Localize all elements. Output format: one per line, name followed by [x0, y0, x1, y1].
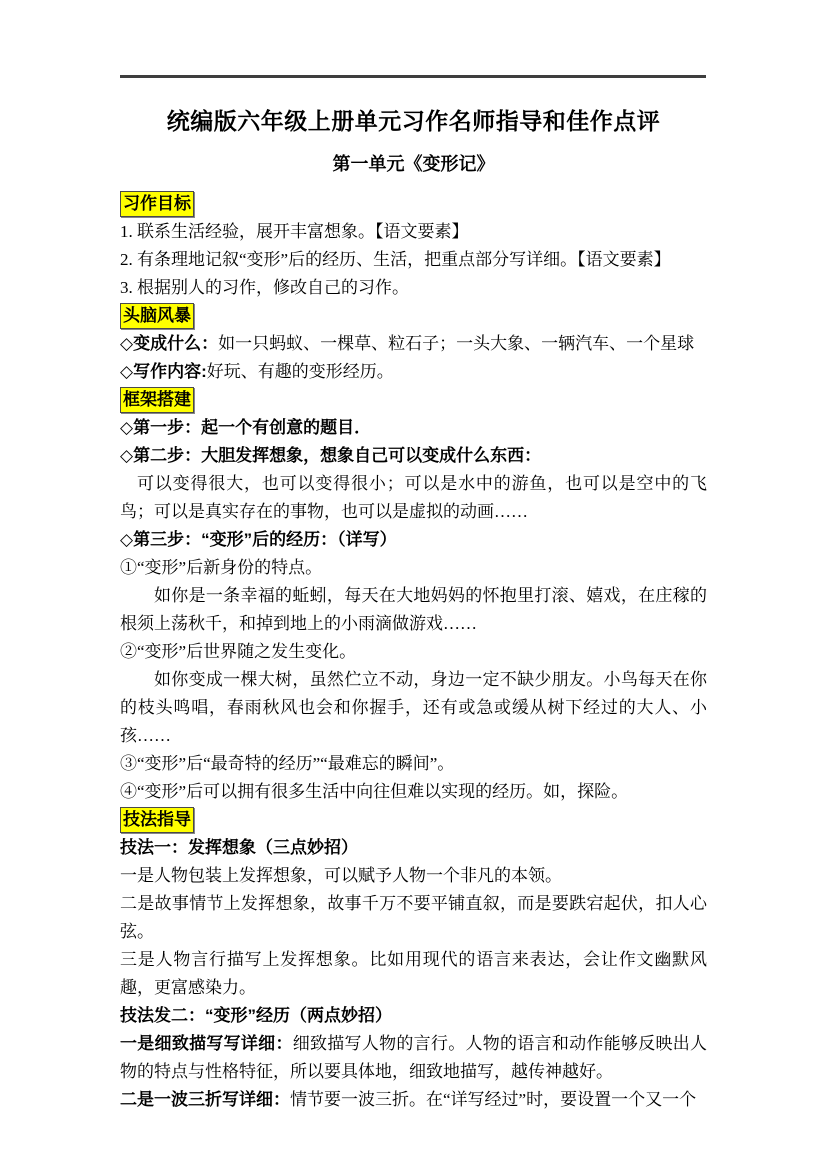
paragraph: ◇第三步：“变形”后的经历：（详写） [120, 526, 707, 554]
highlighted-heading-label: 框架搭建 [120, 387, 194, 413]
paragraph: ④“变形”后可以拥有很多生活中向往但难以实现的经历。如，探险。 [120, 778, 707, 806]
bold-text-run: ◇写作内容: [120, 362, 207, 381]
paragraph: ◇第一步：起一个有创意的题目． [120, 414, 707, 442]
text-run: 三是人物言行描写上发挥想象。比如用现代的语言来表达，会让作文幽默风趣，更富感染力… [120, 950, 707, 997]
paragraph: 如你是一条幸福的蚯蚓，每天在大地妈妈的怀抱里打滚、嬉戏，在庄稼的根须上荡秋千，和… [120, 582, 707, 638]
text-run: 二是故事情节上发挥想象，故事千万不要平铺直叙，而是要跌宕起伏，扣人心弦。 [120, 894, 707, 941]
bold-text-run: 技法一：发挥想象（三点妙招） [120, 838, 358, 857]
text-run: 1. 联系生活经验，展开丰富想象。【语文要素】 [120, 222, 469, 241]
highlighted-heading-label: 习作目标 [120, 191, 194, 217]
paragraph: 1. 联系生活经验，展开丰富想象。【语文要素】 [120, 218, 707, 246]
text-run: 2. 有条理地记叙“变形”后的经历、生活，把重点部分写详细。【语文要素】 [120, 250, 671, 269]
paragraph: 一是细致描写写详细：细致描写人物的言行。人物的语言和动作能够反映出人物的特点与性… [120, 1030, 707, 1086]
paragraph: ◇第二步：大胆发挥想象，想象自己可以变成什么东西： [120, 442, 707, 470]
text-run: ③“变形”后“最奇特的经历”“最难忘的瞬间”。 [120, 754, 454, 773]
bold-text-run: ◇第三步：“变形”后的经历：（详写） [120, 530, 397, 549]
paragraph: 3. 根据别人的习作，修改自己的习作。 [120, 274, 707, 302]
document-content: 统编版六年级上册单元习作名师指导和佳作点评 第一单元《变形记》 习作目标1. 联… [120, 78, 707, 1114]
text-run: 3. 根据别人的习作，修改自己的习作。 [120, 278, 409, 297]
paragraph: ②“变形”后世界随之发生变化。 [120, 638, 707, 666]
paragraph: 2. 有条理地记叙“变形”后的经历、生活，把重点部分写详细。【语文要素】 [120, 246, 707, 274]
document-body: 习作目标1. 联系生活经验，展开丰富想象。【语文要素】2. 有条理地记叙“变形”… [120, 190, 707, 1114]
bold-text-run: 二是一波三折写详细： [120, 1090, 290, 1109]
paragraph: 技法发二：“变形”经历（两点妙招） [120, 1002, 707, 1030]
paragraph: 二是一波三折写详细：情节要一波三折。在“详写经过”时，要设置一个又一个 [120, 1086, 707, 1114]
page-title: 统编版六年级上册单元习作名师指导和佳作点评 [120, 104, 707, 138]
text-run: 可以变得很大，也可以变得很小；可以是水中的游鱼，也可以是空中的飞鸟；可以是真实存… [120, 474, 707, 521]
text-run: 如你是一条幸福的蚯蚓，每天在大地妈妈的怀抱里打滚、嬉戏，在庄稼的根须上荡秋千，和… [120, 586, 707, 633]
paragraph: ③“变形”后“最奇特的经历”“最难忘的瞬间”。 [120, 750, 707, 778]
highlighted-heading-label: 头脑风暴 [120, 303, 194, 329]
unit-subtitle: 第一单元《变形记》 [120, 150, 707, 178]
paragraph: ①“变形”后新身份的特点。 [120, 554, 707, 582]
text-run: 如你变成一棵大树，虽然伫立不动，身边一定不缺少朋友。小鸟每天在你的枝头鸣唱，春雨… [120, 670, 707, 745]
paragraph: 一是人物包装上发挥想象，可以赋予人物一个非凡的本领。 [120, 862, 707, 890]
highlighted-heading-label: 技法指导 [120, 807, 194, 833]
section-heading: 框架搭建 [120, 386, 707, 414]
bold-text-run: ◇第一步：起一个有创意的题目． [120, 418, 371, 437]
paragraph: 三是人物言行描写上发挥想象。比如用现代的语言来表达，会让作文幽默风趣，更富感染力… [120, 946, 707, 1002]
text-run: ④“变形”后可以拥有很多生活中向往但难以实现的经历。如，探险。 [120, 782, 628, 801]
paragraph: 技法一：发挥想象（三点妙招） [120, 834, 707, 862]
paragraph: ◇变成什么：如一只蚂蚁、一棵草、粒石子；一头大象、一辆汽车、一个星球 [120, 330, 707, 358]
text-run: 好玩、有趣的变形经历。 [207, 362, 394, 381]
section-heading: 头脑风暴 [120, 302, 707, 330]
text-run: ①“变形”后新身份的特点。 [120, 558, 322, 577]
bold-text-run: ◇变成什么： [120, 334, 218, 353]
bold-text-run: 技法发二：“变形”经历（两点妙招） [120, 1006, 392, 1025]
paragraph: 二是故事情节上发挥想象，故事千万不要平铺直叙，而是要跌宕起伏，扣人心弦。 [120, 890, 707, 946]
text-run: 情节要一波三折。在“详写经过”时，要设置一个又一个 [290, 1090, 696, 1109]
paragraph: 可以变得很大，也可以变得很小；可以是水中的游鱼，也可以是空中的飞鸟；可以是真实存… [120, 470, 707, 526]
document-page: 统编版六年级上册单元习作名师指导和佳作点评 第一单元《变形记》 习作目标1. 联… [0, 0, 827, 1169]
bold-text-run: 一是细致描写写详细： [120, 1034, 293, 1053]
bold-text-run: ◇第二步：大胆发挥想象，想象自己可以变成什么东西： [120, 446, 541, 465]
section-heading: 技法指导 [120, 806, 707, 834]
text-run: 一是人物包装上发挥想象，可以赋予人物一个非凡的本领。 [120, 866, 562, 885]
paragraph: ◇写作内容:好玩、有趣的变形经历。 [120, 358, 707, 386]
section-heading: 习作目标 [120, 190, 707, 218]
text-run: 如一只蚂蚁、一棵草、粒石子；一头大象、一辆汽车、一个星球 [218, 334, 694, 353]
text-run: ②“变形”后世界随之发生变化。 [120, 642, 356, 661]
paragraph: 如你变成一棵大树，虽然伫立不动，身边一定不缺少朋友。小鸟每天在你的枝头鸣唱，春雨… [120, 666, 707, 750]
